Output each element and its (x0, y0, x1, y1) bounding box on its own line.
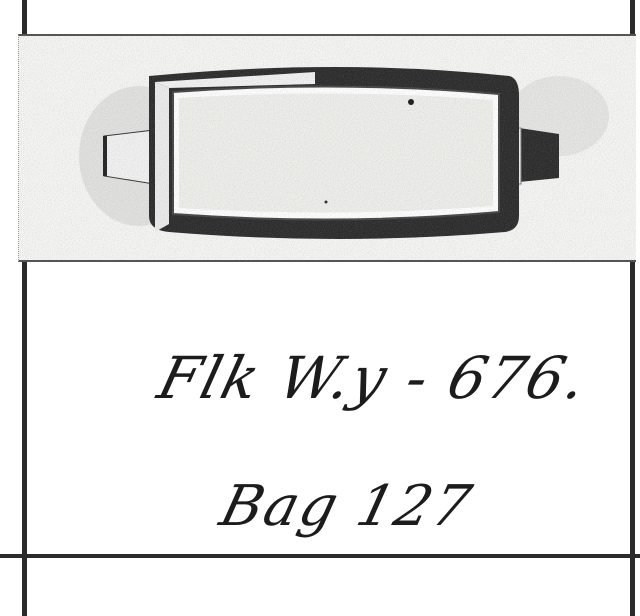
tray-image (19, 36, 636, 262)
right-border-line-top (630, 0, 635, 36)
tray-photograph (18, 34, 636, 262)
left-border-line-top (22, 0, 27, 36)
horizontal-rule (0, 554, 640, 558)
handwritten-catalog-number: Flk W.y - 676. (152, 344, 596, 412)
right-border-line (630, 262, 635, 616)
left-border-line (22, 262, 27, 616)
handwritten-bag-number: Bag 127 (214, 474, 479, 539)
